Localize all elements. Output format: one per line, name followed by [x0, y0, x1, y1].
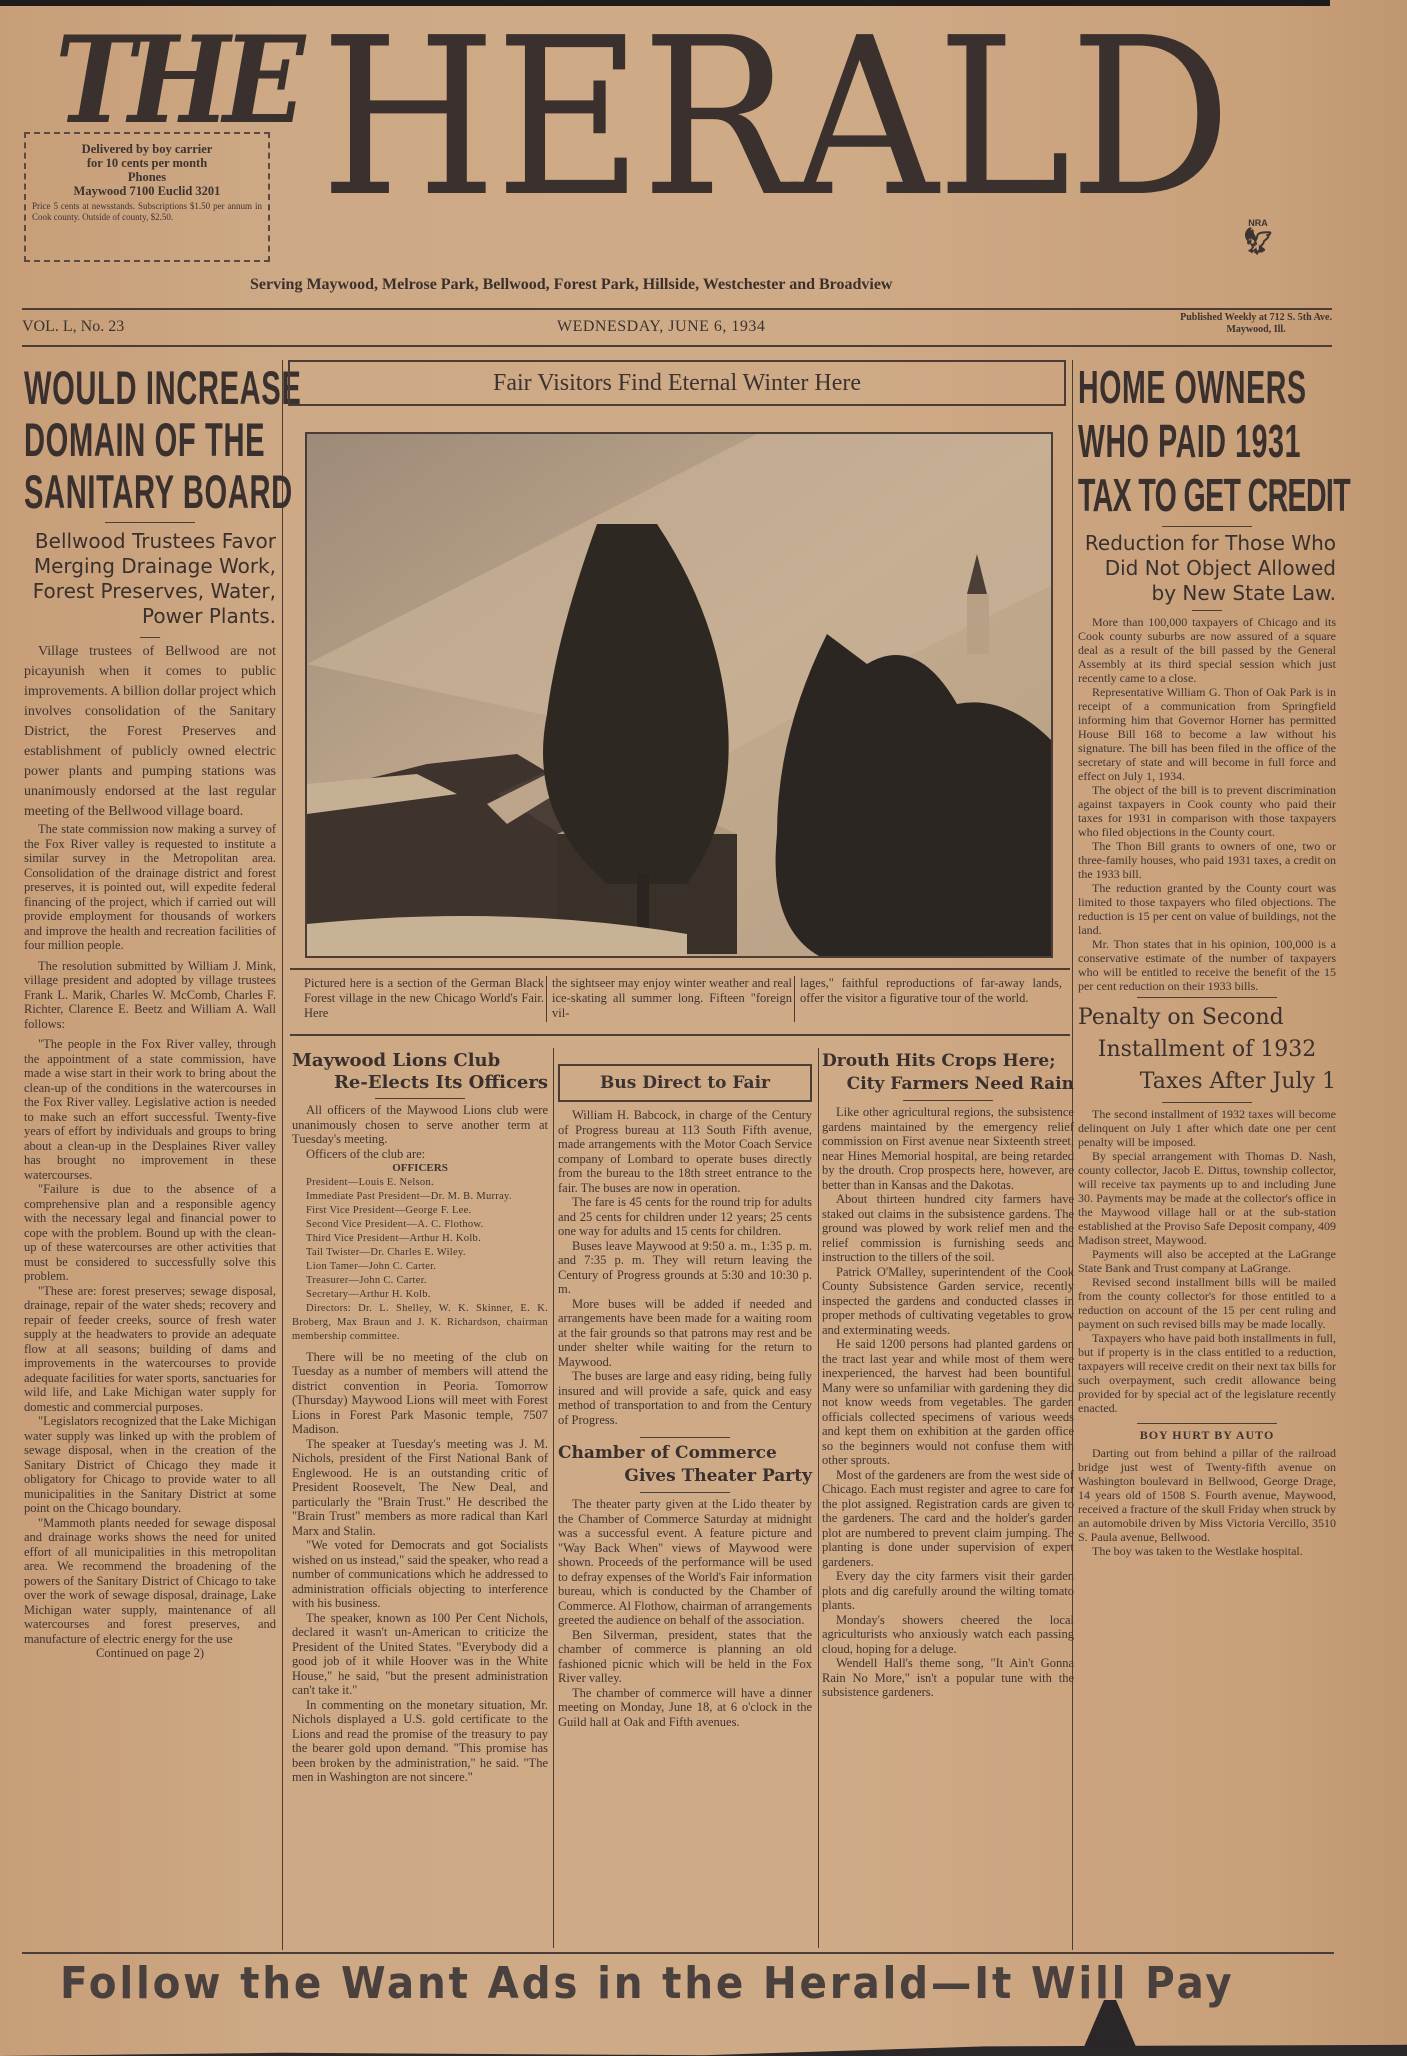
- headline-box: Bus Direct to Fair: [558, 1064, 812, 1102]
- divider: [1162, 526, 1252, 527]
- divider: [903, 1100, 993, 1101]
- article-lions-club: Maywood Lions Club Re-Elects Its Officer…: [292, 1050, 548, 1785]
- photo-caption-col-1: Pictured here is a section of the German…: [304, 976, 544, 1021]
- delivery-line-1: Delivered by boy carrier: [32, 142, 262, 156]
- paper-edge: [0, 2040, 1407, 2056]
- paragraph: Patrick O'Malley, superintendent of the …: [822, 1265, 1074, 1338]
- divider: [640, 1437, 730, 1438]
- paragraph: The chamber of commerce will have a dinn…: [558, 1686, 812, 1730]
- paragraph: The theater party given at the Lido thea…: [558, 1497, 812, 1628]
- paragraph: Mr. Thon states that in his opinion, 100…: [1078, 937, 1336, 993]
- paragraph: The resolution submitted by William J. M…: [24, 959, 276, 1032]
- article-sanitary-board: WOULD INCREASE DOMAIN OF THE SANITARY BO…: [24, 362, 276, 1661]
- officers-list: President—Louis E. Nelson. Immediate Pas…: [292, 1176, 548, 1344]
- delivery-info-box: Delivered by boy carrier for 10 cents pe…: [24, 132, 270, 262]
- paragraph: By special arrangement with Thomas D. Na…: [1078, 1149, 1336, 1247]
- article-bus-to-fair: Bus Direct to Fair William H. Babcock, i…: [558, 1064, 812, 1729]
- officer-item: President—Louis E. Nelson.: [292, 1176, 548, 1190]
- headline-line: SANITARY BOARD: [24, 466, 180, 518]
- paragraph: All officers of the Maywood Lions club w…: [292, 1103, 548, 1147]
- divider: [1137, 997, 1277, 998]
- paragraph: The Thon Bill grants to owners of one, t…: [1078, 839, 1336, 881]
- officers-heading: OFFICERS: [292, 1161, 548, 1176]
- headline-line: TAX TO GET CREDIT: [1078, 468, 1238, 522]
- paragraph: Buses leave Maywood at 9:50 a. m., 1:35 …: [558, 1239, 812, 1297]
- want-ads-banner: Follow the Want Ads in the Herald—It Wil…: [60, 1958, 1234, 2009]
- officer-item: Tail Twister—Dr. Charles E. Wiley.: [292, 1246, 548, 1260]
- newspaper-page: THE HERALD Delivered by boy carrier for …: [0, 0, 1407, 2056]
- masthead-herald: HERALD: [320, 10, 1230, 228]
- divider: [22, 308, 1332, 310]
- officer-item: Secretary—Arthur H. Kolb.: [292, 1288, 548, 1302]
- divider: [290, 1034, 1070, 1036]
- divider: [1137, 1423, 1277, 1424]
- paragraph: Ben Silverman, president, states that th…: [558, 1628, 812, 1686]
- paragraph: Taxpayers who have paid both installment…: [1078, 1331, 1336, 1415]
- subheadline: Bellwood Trustees Favor Merging Drainage…: [24, 529, 276, 629]
- headline-line: HOME OWNERS: [1078, 360, 1238, 414]
- paragraph: "Legislators recognized that the Lake Mi…: [24, 1414, 276, 1516]
- paragraph: The buses are large and easy riding, bei…: [558, 1369, 812, 1427]
- officer-item: Immediate Past President—Dr. M. B. Murra…: [292, 1190, 548, 1204]
- paragraph: More buses will be added if needed and a…: [558, 1297, 812, 1370]
- paragraph: The speaker at Tuesday's meeting was J. …: [292, 1437, 548, 1539]
- paragraph: William H. Babcock, in charge of the Cen…: [558, 1108, 812, 1195]
- article-chamber-of-commerce: Chamber of Commerce Gives Theater Party …: [558, 1442, 812, 1729]
- officer-item: Treasurer—John C. Carter.: [292, 1274, 548, 1288]
- divider: [1192, 610, 1222, 611]
- paragraph: "We voted for Democrats and got Socialis…: [292, 1538, 548, 1611]
- paragraph: The state commission now making a survey…: [24, 822, 276, 953]
- paragraph: Darting out from behind a pillar of the …: [1078, 1446, 1336, 1544]
- headline-line: Chamber of Commerce: [558, 1442, 812, 1465]
- paragraph: More than 100,000 taxpayers of Chicago a…: [1078, 615, 1336, 685]
- phones-label: Phones: [32, 170, 262, 184]
- paragraph: Most of the gardeners are from the west …: [822, 1468, 1074, 1570]
- paragraph: There will be no meeting of the club on …: [292, 1350, 548, 1437]
- divider: [290, 968, 1070, 970]
- eagle-glyph: 🦅︎: [1240, 228, 1276, 254]
- headline-line: WOULD INCREASE: [24, 362, 180, 414]
- paragraph: The boy was taken to the Westlake hospit…: [1078, 1544, 1336, 1558]
- photo-caption-col-2: the sightseer may enjoy winter weather a…: [552, 976, 792, 1021]
- paragraph: The second installment of 1932 taxes wil…: [1078, 1107, 1336, 1149]
- headline-line: WHO PAID 1931: [1078, 414, 1238, 468]
- article-drouth: Drouth Hits Crops Here; City Farmers Nee…: [822, 1050, 1074, 1700]
- feature-photo: [305, 432, 1053, 958]
- paragraph: Payments will also be accepted at the La…: [1078, 1247, 1336, 1275]
- paragraph: The speaker, known as 100 Per Cent Nicho…: [292, 1611, 548, 1698]
- paragraph: Village trustees of Bellwood are not pic…: [24, 642, 276, 822]
- paragraph: Revised second installment bills will be…: [1078, 1275, 1336, 1331]
- headline-line: DOMAIN OF THE: [24, 414, 180, 466]
- divider: [22, 1952, 1334, 1954]
- headline-line: Maywood Lions Club: [292, 1050, 548, 1072]
- officer-item: Lion Tamer—John C. Carter.: [292, 1260, 548, 1274]
- subheadline: Reduction for Those Who Did Not Object A…: [1078, 531, 1336, 606]
- paragraph: He said 1200 persons had planted gardens…: [822, 1337, 1074, 1468]
- divider: [1162, 1102, 1252, 1103]
- dateline: VOL. L, No. 23 WEDNESDAY, JUNE 6, 1934 P…: [22, 316, 1332, 342]
- article-boy-hurt: BOY HURT BY AUTO Darting out from behind…: [1078, 1428, 1336, 1558]
- paragraph: "The people in the Fox River valley, thr…: [24, 1037, 276, 1182]
- article-tax-penalty: Penalty on Second Installment of 1932 Ta…: [1078, 1002, 1336, 1415]
- delivery-line-2: for 10 cents per month: [32, 156, 262, 170]
- paragraph: About thirteen hundred city farmers have…: [822, 1192, 1074, 1265]
- paragraph: Officers of the club are:: [292, 1147, 548, 1162]
- divider: [375, 1098, 465, 1099]
- masthead-the: THE: [55, 10, 298, 151]
- volume-number: VOL. L, No. 23: [22, 318, 124, 336]
- paragraph: In commenting on the monetary situation,…: [292, 1698, 548, 1785]
- photo-headline: Fair Visitors Find Eternal Winter Here: [288, 360, 1066, 406]
- column-rule: [282, 360, 283, 1950]
- officer-item: Directors: Dr. L. Shelley, W. K. Skinner…: [292, 1302, 548, 1344]
- winter-village-illustration: [307, 434, 1053, 958]
- paragraph: "Mammoth plants needed for sewage dispos…: [24, 1516, 276, 1647]
- headline-line: Drouth Hits Crops Here;: [822, 1050, 1074, 1073]
- paragraph: The fare is 45 cents for the round trip …: [558, 1195, 812, 1239]
- paragraph: "Failure is due to the absence of a comp…: [24, 1182, 276, 1284]
- publisher-address: Published Weekly at 712 S. 5th Ave. Mayw…: [1180, 312, 1332, 336]
- divider: [105, 522, 195, 523]
- divider: [140, 637, 160, 638]
- headline-line: Taxes After July 1: [1078, 1066, 1336, 1098]
- divider: [640, 1492, 730, 1493]
- headline-line: Installment of 1932: [1078, 1034, 1336, 1066]
- officer-item: Third Vice President—Arthur H. Kolb.: [292, 1232, 548, 1246]
- serving-line: Serving Maywood, Melrose Park, Bellwood,…: [250, 276, 892, 294]
- paragraph: The reduction granted by the County cour…: [1078, 881, 1336, 937]
- paragraph: Representative William G. Thon of Oak Pa…: [1078, 685, 1336, 783]
- divider: [22, 345, 1332, 347]
- column-rule: [553, 1048, 554, 1948]
- column-rule: [794, 976, 795, 1022]
- price-note: Price 5 cents at newsstands. Subscriptio…: [32, 201, 262, 223]
- officer-item: Second Vice President—A. C. Flothow.: [292, 1218, 548, 1232]
- headline-line: Gives Theater Party: [558, 1465, 812, 1488]
- nra-eagle-icon: NRA 🦅︎: [1240, 218, 1276, 266]
- paragraph: Like other agricultural regions, the sub…: [822, 1105, 1074, 1192]
- headline-line: City Farmers Need Rain: [822, 1073, 1074, 1096]
- photo-caption-col-3: lages," faithful reproductions of far-aw…: [800, 976, 1062, 1006]
- article-home-owners: HOME OWNERS WHO PAID 1931 TAX TO GET CRE…: [1078, 360, 1336, 1558]
- headline-line: Re-Elects Its Officers: [292, 1072, 548, 1094]
- paragraph: "These are: forest preserves; sewage dis…: [24, 1284, 276, 1415]
- paragraph: The object of the bill is to prevent dis…: [1078, 783, 1336, 839]
- continued-link[interactable]: Continued on page 2): [24, 1646, 276, 1661]
- headline: BOY HURT BY AUTO: [1078, 1428, 1336, 1442]
- paragraph: Wendell Hall's theme song, "It Ain't Gon…: [822, 1656, 1074, 1700]
- headline-line: Penalty on Second: [1078, 1002, 1336, 1034]
- paragraph: Every day the city farmers visit their g…: [822, 1569, 1074, 1613]
- issue-date: WEDNESDAY, JUNE 6, 1934: [557, 318, 765, 336]
- phone-numbers: Maywood 7100 Euclid 3201: [32, 184, 262, 198]
- paragraph: Monday's showers cheered the local agric…: [822, 1613, 1074, 1657]
- column-rule: [818, 1048, 819, 1948]
- column-rule: [546, 976, 547, 1022]
- officer-item: First Vice President—George F. Lee.: [292, 1204, 548, 1218]
